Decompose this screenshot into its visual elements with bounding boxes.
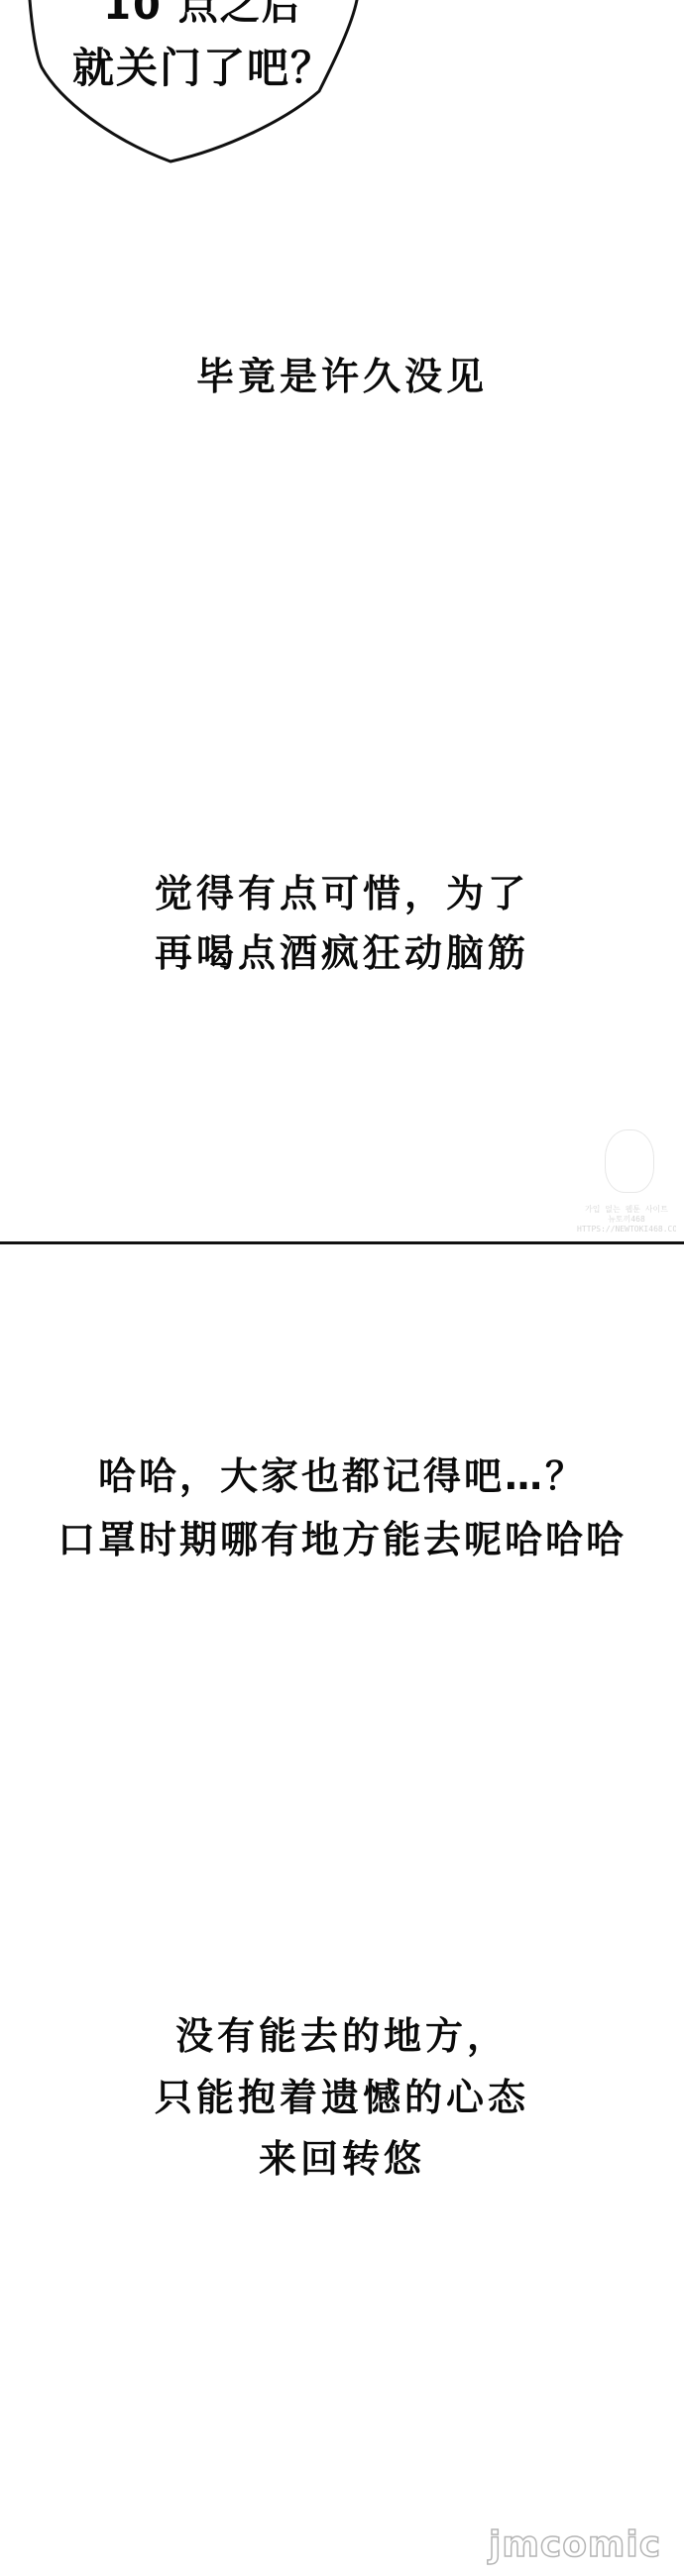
comic-panel-2: 哈哈，大家也都记得吧…？ 口罩时期哪有地方能去呢哈哈哈 没有能去的地方， 只能抱…: [0, 1244, 684, 2576]
watermark-line-1: 가입 없는 웹툰 사이트: [577, 1205, 676, 1215]
comic-panel-1: 10 点之后 就关门了吧？ 毕竟是许久没见 觉得有点可惜，为了 再喝点酒疯狂动脑…: [0, 0, 684, 1241]
caption-2-line-2: 再喝点酒疯狂动脑筋: [0, 923, 684, 983]
caption-2: 觉得有点可惜，为了 再喝点酒疯狂动脑筋: [0, 864, 684, 983]
caption-4-line-1: 没有能去的地方，: [0, 2005, 684, 2067]
caption-3: 哈哈，大家也都记得吧…？ 口罩时期哪有地方能去呢哈哈哈: [0, 1445, 684, 1571]
caption-3-line-1: 哈哈，大家也都记得吧…？: [0, 1445, 684, 1508]
watermark-line-2: 뉴토끼468: [577, 1215, 676, 1225]
caption-1-line-1: 毕竟是许久没见: [0, 353, 684, 400]
caption-4-line-3: 来回转悠: [0, 2128, 684, 2190]
jmcomic-logo: jmcomic: [489, 2524, 661, 2565]
caption-3-line-2: 口罩时期哪有地方能去呢哈哈哈: [0, 1508, 684, 1571]
caption-1: 毕竟是许久没见: [0, 353, 684, 400]
watermark-mascot-icon: [605, 1129, 654, 1193]
caption-4-line-2: 只能抱着遗憾的心态: [0, 2067, 684, 2128]
caption-4: 没有能去的地方， 只能抱着遗憾的心态 来回转悠: [0, 2005, 684, 2190]
speech-bubble-line-2: 就关门了吧？: [5, 36, 401, 95]
site-watermark: 가입 없는 웹툰 사이트 뉴토끼468 HTTPS://NEWTOKI468.C…: [577, 1129, 676, 1238]
caption-2-line-1: 觉得有点可惜，为了: [0, 864, 684, 923]
watermark-line-3: HTTPS://NEWTOKI468.COM: [577, 1225, 676, 1234]
speech-bubble-line-1: 10 点之后: [5, 0, 401, 31]
